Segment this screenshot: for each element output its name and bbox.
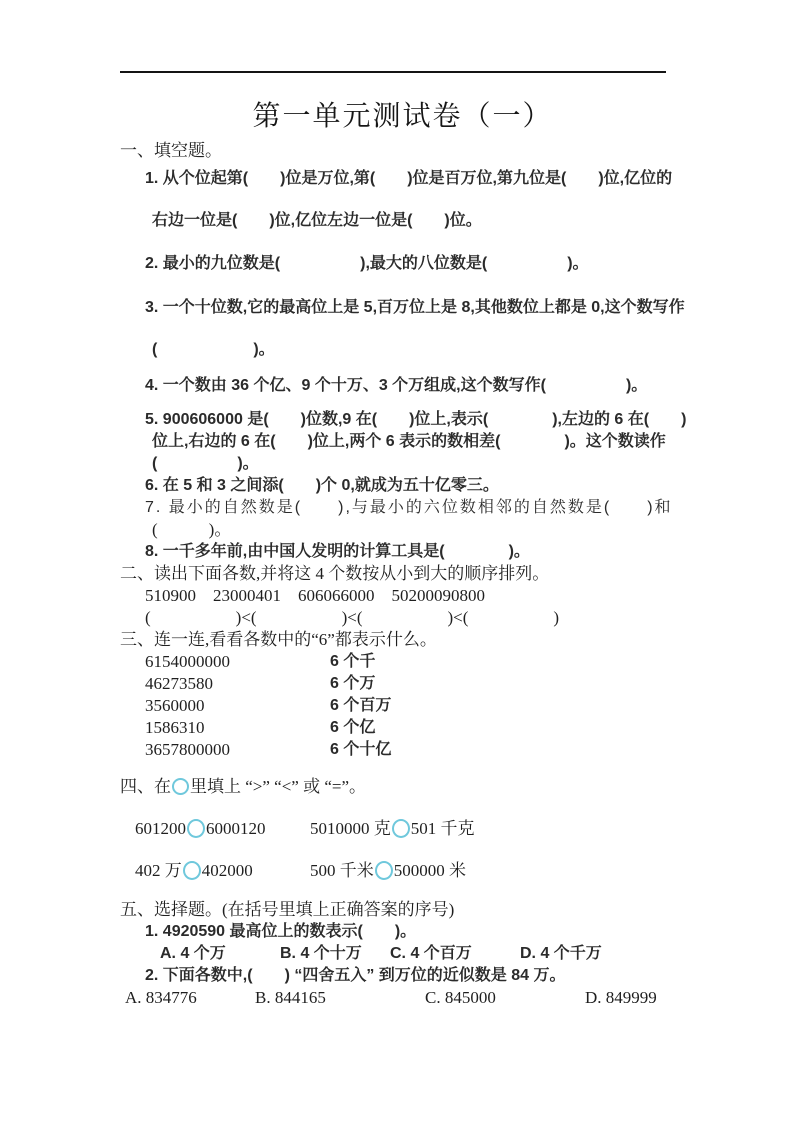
match-number: 3657800000: [145, 739, 330, 761]
match-number: 6154000000: [145, 651, 330, 673]
section-fill-header: 一、填空题。: [120, 140, 685, 162]
match-row: 6154000000 6 个千: [145, 651, 685, 673]
option-c: C. 845000: [425, 987, 585, 1009]
order-numbers: 510900 23000401 606066000 50200090800: [145, 585, 685, 607]
order-answer-blanks: ( )<( )<( )<( ): [145, 607, 685, 629]
match-row: 3657800000 6 个十亿: [145, 739, 685, 761]
section-order-header: 二、读出下面各数,并将这 4 个数按从小到大的顺序排列。: [120, 563, 685, 585]
option-b: B. 4 个十万: [280, 943, 390, 965]
match-row: 46273580 6 个万: [145, 673, 685, 695]
compare-pair: 6012006000120: [135, 816, 310, 842]
fill-q5-line3: ( )。: [152, 453, 685, 475]
option-d: D. 4 个千万: [520, 943, 602, 965]
choice-q1-options: A. 4 个万 B. 4 个十万 C. 4 个百万 D. 4 个千万: [160, 943, 685, 965]
compare-row: 6012006000120 5010000 克501 千克: [120, 816, 685, 842]
compare-left-value: 500 千米: [310, 861, 374, 880]
section-match-header: 三、连一连,看看各数中的“6”都表示什么。: [120, 629, 685, 651]
compare-circle-icon: [183, 861, 201, 880]
compare-right-value: 402000: [202, 861, 253, 880]
compare-right-value: 6000120: [206, 819, 266, 838]
option-b: B. 844165: [255, 987, 425, 1009]
match-label: 6 个十亿: [330, 739, 391, 761]
match-number: 46273580: [145, 673, 330, 695]
choice-q1-text: 1. 4920590 最高位上的数表示( )。: [145, 921, 685, 943]
match-number: 3560000: [145, 695, 330, 717]
compare-left-value: 402 万: [135, 861, 182, 880]
top-divider: [120, 71, 666, 73]
fill-q3-line2: ( )。: [152, 339, 685, 361]
compare-header-prefix: 四、在: [120, 777, 171, 796]
fill-q7-line2: ( )。: [152, 519, 685, 541]
fill-q7-line1: 7. 最小的自然数是( ),与最小的六位数相邻的自然数是( )和: [145, 497, 685, 519]
fill-q5-line1: 5. 900606000 是( )位数,9 在( )位上,表示( ),左边的 6…: [145, 409, 685, 431]
fill-q5-line2: 位上,右边的 6 在( )位上,两个 6 表示的数相差( )。这个数读作: [152, 431, 685, 453]
fill-q6: 6. 在 5 和 3 之间添( )个 0,就成为五十亿零三。: [145, 475, 685, 497]
fill-q4: 4. 一个数由 36 个亿、9 个十万、3 个万组成,这个数写作( )。: [145, 375, 685, 397]
compare-circle-icon: [375, 861, 393, 880]
option-a: A. 4 个万: [160, 943, 280, 965]
match-row: 3560000 6 个百万: [145, 695, 685, 717]
fill-q8: 8. 一千多年前,由中国人发明的计算工具是( )。: [145, 541, 685, 563]
match-label: 6 个千: [330, 651, 375, 673]
match-row: 1586310 6 个亿: [145, 717, 685, 739]
choice-q2-text: 2. 下面各数中,( ) “四舍五入” 到万位的近似数是 84 万。: [145, 965, 685, 987]
compare-circle-icon: [172, 778, 189, 795]
section-choice-header: 五、选择题。(在括号里填上正确答案的序号): [120, 899, 685, 921]
compare-circle-icon: [187, 819, 205, 838]
compare-right-value: 501 千克: [411, 819, 475, 838]
compare-right-value: 500000 米: [394, 861, 466, 880]
compare-circle-icon: [392, 819, 410, 838]
match-number: 1586310: [145, 717, 330, 739]
compare-row: 402 万402000 500 千米500000 米: [120, 858, 685, 884]
compare-left-value: 601200: [135, 819, 186, 838]
compare-pair: 402 万402000: [135, 858, 310, 884]
fill-q2: 2. 最小的九位数是( ),最大的八位数是( )。: [145, 253, 685, 275]
match-label: 6 个万: [330, 673, 375, 695]
compare-pair: 500 千米500000 米: [310, 858, 466, 884]
choice-q2-options: A. 834776 B. 844165 C. 845000 D. 849999: [125, 987, 685, 1009]
section-compare-header: 四、在里填上 “>” “<” 或 “=”。: [120, 774, 685, 800]
compare-pair: 5010000 克501 千克: [310, 816, 475, 842]
option-a: A. 834776: [125, 987, 255, 1009]
compare-header-suffix: 里填上 “>” “<” 或 “=”。: [190, 777, 366, 796]
match-label: 6 个百万: [330, 695, 391, 717]
option-c: C. 4 个百万: [390, 943, 520, 965]
worksheet-page: 第一单元测试卷（一） 一、填空题。 1. 从个位起第( )位是万位,第( )位是…: [0, 0, 793, 1122]
compare-left-value: 5010000 克: [310, 819, 391, 838]
match-label: 6 个亿: [330, 717, 375, 739]
fill-q3-line1: 3. 一个十位数,它的最高位上是 5,百万位上是 8,其他数位上都是 0,这个数…: [145, 297, 685, 319]
fill-q1-line1: 1. 从个位起第( )位是万位,第( )位是百万位,第九位是( )位,亿位的: [145, 168, 685, 190]
fill-q1-line2: 右边一位是( )位,亿位左边一位是( )位。: [152, 210, 685, 232]
page-title: 第一单元测试卷（一）: [120, 97, 685, 137]
option-d: D. 849999: [585, 987, 657, 1009]
